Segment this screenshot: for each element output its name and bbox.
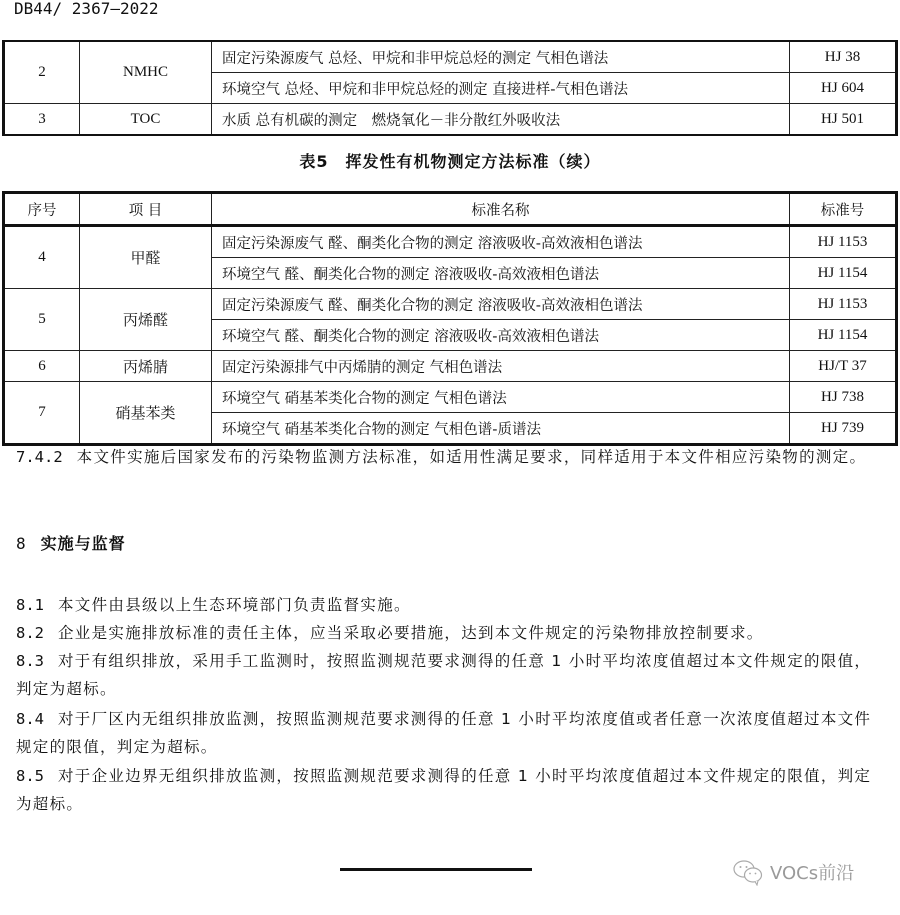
clause-number: 8.3 xyxy=(16,652,44,670)
watermark: VOCs前沿 xyxy=(732,858,854,886)
table-row: 3 TOC 水质 总有机碳的测定 燃烧氧化－非分散红外吸收法 HJ 501 xyxy=(4,104,897,136)
standard-code: HJ 1153 xyxy=(790,226,897,258)
clause-number: 8.2 xyxy=(16,624,44,642)
row-item: TOC xyxy=(80,104,212,136)
watermark-text: VOCs前沿 xyxy=(770,859,854,885)
clause-number: 8.1 xyxy=(16,596,44,614)
clause-text: 本文件由县级以上生态环境部门负责监督实施。 xyxy=(58,596,411,614)
table-row: 4 甲醛 固定污染源废气 醛、酮类化合物的测定 溶液吸收-高效液相色谱法 HJ … xyxy=(4,226,897,258)
standard-code: HJ 1154 xyxy=(790,320,897,351)
row-item: 硝基苯类 xyxy=(80,382,212,445)
clause-number: 8.5 xyxy=(16,767,44,785)
standard-name: 环境空气 硝基苯类化合物的测定 气相色谱法 xyxy=(212,382,790,413)
clause-8-4: 8.4对于厂区内无组织排放监测，按照监测规范要求测得的任意 1 小时平均浓度值或… xyxy=(16,705,886,761)
clause-8-2: 8.2企业是实施排放标准的责任主体，应当采取必要措施，达到本文件规定的污染物排放… xyxy=(16,619,886,647)
header-code: 标准号 xyxy=(790,193,897,226)
row-number: 6 xyxy=(4,351,80,382)
section-title: 实施与监督 xyxy=(41,534,126,553)
table-5: 序号 项 目 标准名称 标准号 4 甲醛 固定污染源废气 醛、酮类化合物的测定 … xyxy=(2,191,898,446)
section-number: 8 xyxy=(16,534,27,553)
table-title: 表5 挥发性有机物测定方法标准（续） xyxy=(0,149,900,172)
clause-text: 对于有组织排放，采用手工监测时，按照监测规范要求测得的任意 1 小时平均浓度值超… xyxy=(16,652,871,698)
standard-name: 固定污染源废气 醛、酮类化合物的测定 溶液吸收-高效液相色谱法 xyxy=(212,289,790,320)
table-row: 2 NMHC 固定污染源废气 总烃、甲烷和非甲烷总烃的测定 气相色谱法 HJ 3… xyxy=(4,41,897,73)
standard-code: HJ 38 xyxy=(790,41,897,73)
standard-name: 固定污染源排气中丙烯腈的测定 气相色谱法 xyxy=(212,351,790,382)
clause-number: 7.4.2 xyxy=(16,448,63,466)
standard-code: HJ 1153 xyxy=(790,289,897,320)
standard-name: 固定污染源废气 醛、酮类化合物的测定 溶液吸收-高效液相色谱法 xyxy=(212,226,790,258)
row-number: 2 xyxy=(4,41,80,104)
section-8-heading: 8实施与监督 xyxy=(16,531,126,554)
row-item: 甲醛 xyxy=(80,226,212,289)
standard-code: HJ 738 xyxy=(790,382,897,413)
row-number: 4 xyxy=(4,226,80,289)
clause-text: 对于企业边界无组织排放监测，按照监测规范要求测得的任意 1 小时平均浓度值超过本… xyxy=(16,767,871,813)
document-number: DB44/ 2367—2022 xyxy=(14,0,159,18)
header-name: 标准名称 xyxy=(212,193,790,226)
row-item: 丙烯腈 xyxy=(80,351,212,382)
standard-name: 环境空气 醛、酮类化合物的测定 溶液吸收-高效液相色谱法 xyxy=(212,320,790,351)
header-item: 项 目 xyxy=(80,193,212,226)
table-row: 6 丙烯腈 固定污染源排气中丙烯腈的测定 气相色谱法 HJ/T 37 xyxy=(4,351,897,382)
table-row: 7 硝基苯类 环境空气 硝基苯类化合物的测定 气相色谱法 HJ 738 xyxy=(4,382,897,413)
standard-code: HJ 1154 xyxy=(790,258,897,289)
clause-7-4-2: 7.4.2本文件实施后国家发布的污染物监测方法标准，如适用性满足要求，同样适用于… xyxy=(16,443,886,471)
row-item: 丙烯醛 xyxy=(80,289,212,351)
clause-8-3: 8.3对于有组织排放，采用手工监测时，按照监测规范要求测得的任意 1 小时平均浓… xyxy=(16,647,886,703)
standard-name: 环境空气 总烃、甲烷和非甲烷总烃的测定 直接进样-气相色谱法 xyxy=(212,73,790,104)
clause-text: 对于厂区内无组织排放监测，按照监测规范要求测得的任意 1 小时平均浓度值或者任意… xyxy=(16,710,871,756)
table-header-row: 序号 项 目 标准名称 标准号 xyxy=(4,193,897,226)
clause-number: 8.4 xyxy=(16,710,44,728)
wechat-icon xyxy=(732,858,764,886)
clause-8-5: 8.5对于企业边界无组织排放监测，按照监测规范要求测得的任意 1 小时平均浓度值… xyxy=(16,762,886,818)
standard-code: HJ/T 37 xyxy=(790,351,897,382)
end-rule xyxy=(340,868,532,871)
row-number: 7 xyxy=(4,382,80,445)
standard-name: 水质 总有机碳的测定 燃烧氧化－非分散红外吸收法 xyxy=(212,104,790,136)
table-row: 5 丙烯醛 固定污染源废气 醛、酮类化合物的测定 溶液吸收-高效液相色谱法 HJ… xyxy=(4,289,897,320)
standard-code: HJ 739 xyxy=(790,413,897,445)
standard-name: 环境空气 硝基苯类化合物的测定 气相色谱-质谱法 xyxy=(212,413,790,445)
clause-8-1: 8.1本文件由县级以上生态环境部门负责监督实施。 xyxy=(16,591,886,619)
standard-code: HJ 501 xyxy=(790,104,897,136)
standard-name: 环境空气 醛、酮类化合物的测定 溶液吸收-高效液相色谱法 xyxy=(212,258,790,289)
row-number: 3 xyxy=(4,104,80,136)
table-previous-page: 2 NMHC 固定污染源废气 总烃、甲烷和非甲烷总烃的测定 气相色谱法 HJ 3… xyxy=(2,40,898,136)
standard-code: HJ 604 xyxy=(790,73,897,104)
row-number: 5 xyxy=(4,289,80,351)
clause-text: 本文件实施后国家发布的污染物监测方法标准，如适用性满足要求，同样适用于本文件相应… xyxy=(77,448,867,466)
clause-text: 企业是实施排放标准的责任主体，应当采取必要措施，达到本文件规定的污染物排放控制要… xyxy=(58,624,764,642)
row-item: NMHC xyxy=(80,41,212,104)
standard-name: 固定污染源废气 总烃、甲烷和非甲烷总烃的测定 气相色谱法 xyxy=(212,41,790,73)
header-no: 序号 xyxy=(4,193,80,226)
